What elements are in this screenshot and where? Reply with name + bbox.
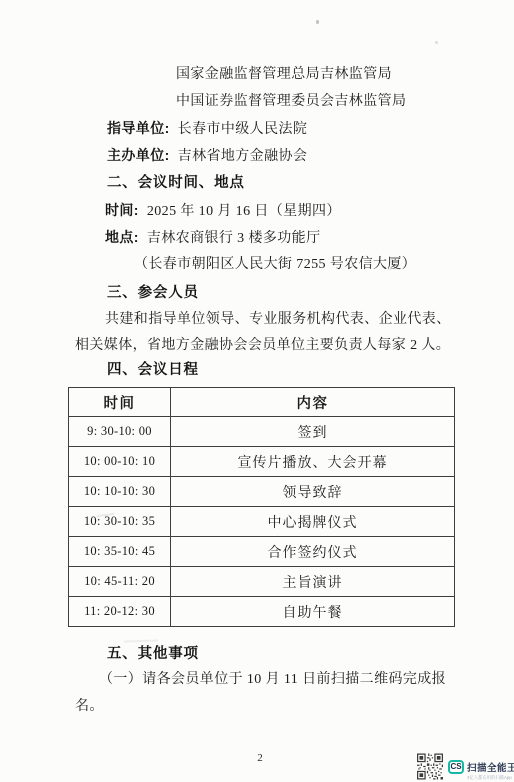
agenda-content: 签到 xyxy=(171,417,455,447)
organizer-unit-label: 主办单位: xyxy=(107,147,170,163)
agenda-time: 9: 30-10: 00 xyxy=(69,417,171,447)
agenda-row: 10: 45-11: 20 主旨演讲 xyxy=(69,567,455,597)
meeting-time-label: 时间: xyxy=(105,202,139,218)
qr-code xyxy=(417,753,443,780)
agenda-time: 10: 30-10: 35 xyxy=(69,507,171,537)
section-heading-agenda: 四、会议日程 xyxy=(107,362,199,379)
agenda-header-row: 时间 内容 xyxy=(69,388,455,417)
page-number: 2 xyxy=(250,752,270,764)
agenda-content: 自助午餐 xyxy=(171,597,455,627)
agenda-row: 10: 30-10: 35 中心揭牌仪式 xyxy=(69,507,455,537)
agenda-table: 时间 内容 9: 30-10: 00 签到 10: 00-10: 10 宣传片播… xyxy=(68,387,455,627)
venue-address-line: （长春市朝阳区人民大街 7255 号农信大厦） xyxy=(134,256,416,273)
agenda-row: 10: 35-10: 45 合作签约仪式 xyxy=(69,537,455,567)
agenda-time: 10: 35-10: 45 xyxy=(69,537,171,567)
agenda-content: 宣传片播放、大会开幕 xyxy=(171,447,455,477)
co-organizer-2-text: 中国证券监督管理委员会吉林监管局 xyxy=(176,94,406,109)
scanned-document-page: 国家金融监督管理总局吉林监管局 中国证券监督管理委员会吉林监管局 指导单位:长春… xyxy=(0,0,514,782)
camscanner-logo: CS xyxy=(448,760,464,774)
agenda-time: 10: 45-11: 20 xyxy=(69,567,171,597)
meeting-venue-value: 吉林农商银行 3 楼多功能厅 xyxy=(147,231,321,246)
agenda-header-content: 内容 xyxy=(171,388,455,417)
scan-speck xyxy=(316,20,319,24)
agenda-row: 10: 00-10: 10 宣传片播放、大会开幕 xyxy=(69,447,455,477)
co-organizer-line-1: 国家金融监督管理总局吉林监管局 xyxy=(176,66,392,83)
attendees-paragraph-line-1: 共建和指导单位领导、专业服务机构代表、企业代表、 xyxy=(105,311,451,328)
camscanner-brand-text: 扫描全能王 xyxy=(467,760,514,774)
camscanner-slogan: 3亿人都在用的扫描App xyxy=(467,774,512,780)
other-items-line-2: 名。 xyxy=(75,698,104,715)
section-heading-other: 五、其他事项 xyxy=(107,646,199,663)
meeting-venue-line: 地点:吉林农商银行 3 楼多功能厅 xyxy=(105,229,320,247)
scan-smudge xyxy=(124,639,158,642)
other-items-line-1: （一）请各会员单位于 10 月 11 日前扫描二维码完成报 xyxy=(99,671,446,688)
meeting-time-line: 时间:2025 年 10 月 16 日（星期四） xyxy=(105,202,341,220)
agenda-row: 9: 30-10: 00 签到 xyxy=(69,417,455,447)
co-organizer-line-2: 中国证券监督管理委员会吉林监管局 xyxy=(176,93,406,110)
agenda-content: 领导致辞 xyxy=(171,477,455,507)
section-heading-attendees: 三、参会人员 xyxy=(107,285,199,302)
organizer-unit-line: 主办单位:吉林省地方金融协会 xyxy=(107,147,307,165)
agenda-header-time: 时间 xyxy=(69,388,171,417)
agenda-row: 11: 20-12: 30 自助午餐 xyxy=(69,597,455,627)
co-organizer-1-text: 国家金融监督管理总局吉林监管局 xyxy=(176,67,392,82)
guidance-unit-label: 指导单位: xyxy=(107,120,170,136)
organizer-unit-value: 吉林省地方金融协会 xyxy=(178,149,308,164)
section-heading-meeting: 二、会议时间、地点 xyxy=(107,175,245,192)
guidance-unit-value: 长春市中级人民法院 xyxy=(178,122,308,137)
agenda-time: 10: 00-10: 10 xyxy=(69,447,171,477)
scan-speck xyxy=(435,41,438,44)
agenda-content: 合作签约仪式 xyxy=(171,537,455,567)
agenda-row: 10: 10-10: 30 领导致辞 xyxy=(69,477,455,507)
agenda-content: 中心揭牌仪式 xyxy=(171,507,455,537)
attendees-paragraph-line-2: 相关媒体，省地方金融协会会员单位主要负责人每家 2 人。 xyxy=(75,337,450,354)
agenda-time: 10: 10-10: 30 xyxy=(69,477,171,507)
meeting-venue-label: 地点: xyxy=(105,229,139,245)
agenda-time: 11: 20-12: 30 xyxy=(69,597,171,627)
guidance-unit-line: 指导单位:长春市中级人民法院 xyxy=(107,120,307,138)
meeting-time-value: 2025 年 10 月 16 日（星期四） xyxy=(147,204,341,219)
agenda-content: 主旨演讲 xyxy=(171,567,455,597)
